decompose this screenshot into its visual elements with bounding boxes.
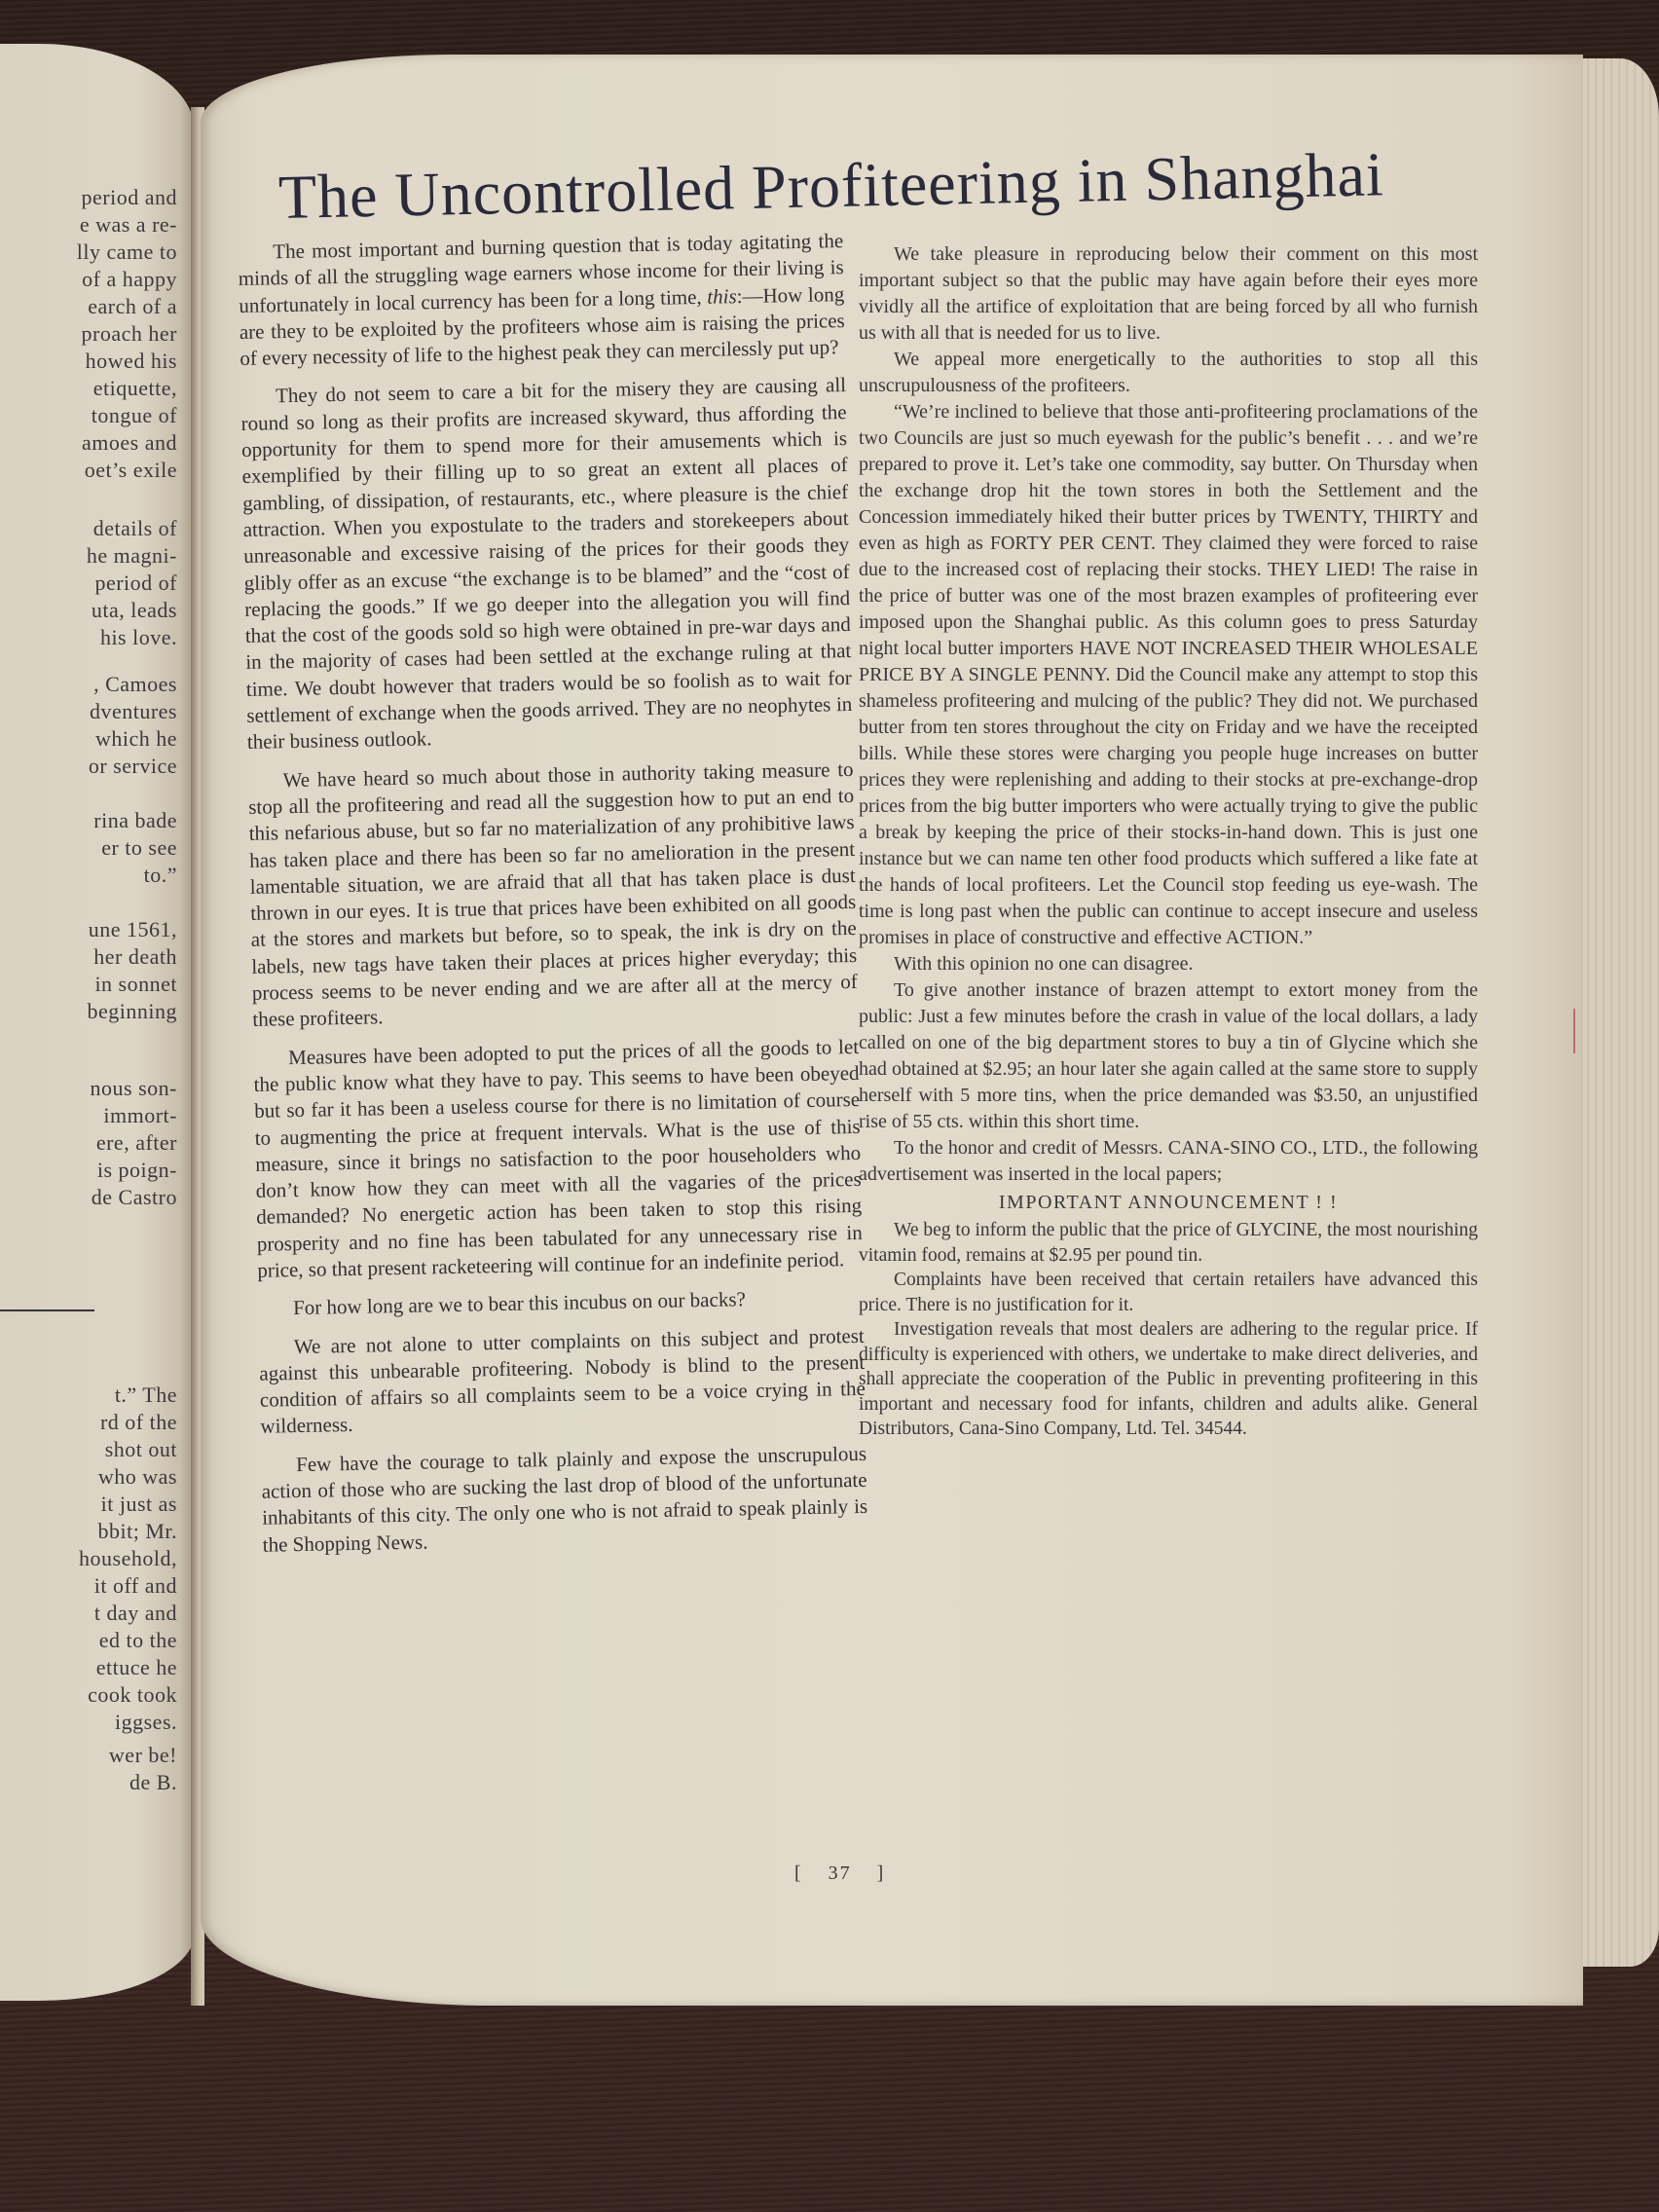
paragraph: We appeal more energetically to the auth… (859, 347, 1478, 399)
announcement-paragraph: Investigation reveals that most dealers … (859, 1317, 1478, 1442)
left-page-text-fragment: who was (98, 1464, 177, 1490)
left-page-text-fragment: oet’s exile (85, 458, 177, 483)
left-page-text-fragment: in sonnet (94, 972, 177, 997)
page-number-value: 37 (829, 1862, 852, 1884)
paragraph: For how long are we to bear this incubus… (258, 1284, 864, 1322)
left-page-text-fragment: which he (95, 726, 177, 752)
left-page-text-fragment: dventures (90, 699, 177, 724)
left-page-text-fragment: immort- (103, 1103, 177, 1128)
left-page-text-fragment: earch of a (88, 294, 177, 319)
left-page-text-fragment: proach her (82, 321, 177, 347)
paragraph: To give another instance of brazen attem… (859, 977, 1478, 1135)
main-page: The Uncontrolled Profiteering in Shangha… (201, 55, 1583, 2006)
page-number: [37] (794, 1862, 885, 1885)
announcement-paragraph: Complaints have been received that certa… (859, 1268, 1478, 1317)
left-page-text-fragment: household, (79, 1546, 177, 1571)
paragraph: They do not seem to care a bit for the m… (240, 373, 853, 756)
paragraph-intro: The most important and burning question … (238, 228, 846, 372)
paragraph: Few have the courage to talk plainly and… (261, 1441, 868, 1559)
announcement-heading: IMPORTANT ANNOUNCEMENT ! ! (859, 1190, 1478, 1216)
left-page-text-fragment: ettuce he (96, 1655, 177, 1680)
paragraph: We have heard so much about those in aut… (247, 756, 858, 1034)
left-page-text-fragment: details of (93, 516, 177, 541)
section-divider (0, 1309, 94, 1311)
left-page-text-fragment: period and (82, 185, 177, 210)
left-page-text-fragment: une 1561, (89, 917, 177, 942)
left-page-text-fragment: wer be! (109, 1743, 177, 1768)
left-page-text-fragment: period of (94, 571, 177, 596)
left-page-text-fragment: t day and (94, 1601, 177, 1626)
left-page-text-fragment: beginning (88, 999, 178, 1024)
left-page-text-fragment: , Camoes (93, 672, 177, 697)
left-page-text-fragment: rd of the (100, 1410, 177, 1435)
left-page-text-fragment: shot out (105, 1437, 177, 1462)
left-page-text-fragment: amoes and (82, 430, 177, 456)
left-page-text-fragment: howed his (86, 349, 177, 374)
left-page-text-fragment: ere, after (96, 1130, 177, 1156)
paragraph: We take pleasure in reproducing below th… (859, 241, 1478, 347)
left-page-text-fragment: er to see (101, 835, 177, 861)
paragraph: With this opinion no one can disagree. (859, 951, 1478, 977)
bracket-close: ] (877, 1862, 886, 1884)
left-page-text-fragment: of a happy (82, 267, 177, 292)
left-page-text-fragment: to.” (144, 863, 177, 888)
left-page-text-fragment: ed to the (99, 1628, 177, 1653)
left-page-text-fragment: tongue of (92, 403, 177, 428)
left-page-text-fragment: her death (93, 944, 177, 970)
paragraph: To the honor and credit of Messrs. CANA-… (859, 1135, 1478, 1188)
left-page-text-fragment: or service (89, 754, 177, 779)
right-column: We take pleasure in reproducing below th… (859, 241, 1478, 1442)
left-page-text-fragment: nous son- (91, 1076, 177, 1101)
left-page-text-fragment: lly came to (77, 240, 177, 265)
left-page-text-fragment: he magni- (87, 543, 177, 569)
left-page-text-fragment: bbit; Mr. (97, 1519, 177, 1544)
bracket-open: [ (794, 1862, 803, 1884)
announcement-body: We beg to inform the public that the pri… (859, 1218, 1478, 1442)
left-page-text-fragment: his love. (100, 625, 177, 650)
left-page-text-fragment: it off and (94, 1573, 177, 1599)
paragraph: We are not alone to utter complaints on … (259, 1322, 866, 1440)
left-page-text-fragment: it just as (101, 1492, 177, 1517)
left-page-text-fragment: uta, leads (92, 598, 177, 623)
left-page-text-fragment: iggses. (115, 1710, 177, 1735)
quoted-paragraph: “We’re inclined to believe that those an… (859, 399, 1478, 951)
announcement-paragraph: We beg to inform the public that the pri… (859, 1218, 1478, 1268)
left-page-text-fragment: de Castro (92, 1185, 177, 1210)
italic-emphasis: this (707, 284, 737, 309)
paragraph: Measures have been adopted to put the pr… (253, 1034, 864, 1285)
margin-mark (1573, 1009, 1575, 1053)
left-page-text-fragment: is poign- (97, 1158, 177, 1183)
left-page-text-fragment: cook took (88, 1682, 177, 1708)
left-page-text-fragment: t.” The (115, 1382, 177, 1408)
left-column: The most important and burning question … (238, 228, 868, 1570)
left-page-text-fragment: e was a re- (80, 212, 177, 238)
left-page: period ande was a re-lly came toof a hap… (0, 44, 195, 2001)
left-page-text-fragment: rina bade (93, 808, 177, 833)
left-page-text-fragment: etiquette, (93, 376, 177, 401)
article-title: The Uncontrolled Profiteering in Shangha… (277, 133, 1641, 234)
left-page-text-fragment: de B. (129, 1770, 177, 1795)
